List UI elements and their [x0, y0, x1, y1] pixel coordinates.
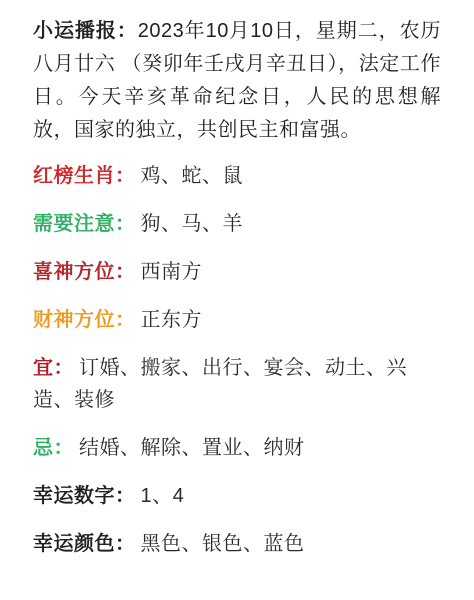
row-lucky-colors: 幸运颜色：黑色、银色、蓝色: [33, 528, 441, 560]
row-wealth-god-direction: 财神方位：正东方: [33, 304, 441, 336]
row-caution-zodiac: 需要注意：狗、马、羊: [33, 208, 441, 240]
row-label: 幸运数字：: [33, 485, 136, 507]
row-label: 喜神方位：: [33, 261, 136, 283]
row-lucky-zodiac: 红榜生肖：鸡、蛇、鼠: [33, 160, 441, 192]
row-value: 鸡、蛇、鼠: [141, 165, 244, 187]
broadcast-label: 小运播报：: [33, 20, 138, 42]
row-value: 订婚、搬家、出行、宴会、动土、兴造、装修: [33, 357, 407, 411]
row-value: 狗、马、羊: [141, 213, 244, 235]
row-value: 黑色、银色、蓝色: [141, 533, 305, 555]
row-label: 需要注意：: [33, 213, 136, 235]
row-avoid-activities: 忌：结婚、解除、置业、纳财: [33, 432, 441, 464]
row-suitable-activities: 宜：订婚、搬家、出行、宴会、动土、兴造、装修: [33, 352, 441, 416]
row-value: 西南方: [141, 261, 203, 283]
fortune-card: 小运播报：2023年10月10日，星期二，农历八月廿六 （癸卯年壬戌月辛丑日），…: [0, 0, 474, 600]
row-label: 幸运颜色：: [33, 533, 136, 555]
row-label: 忌：: [33, 437, 74, 459]
row-label: 财神方位：: [33, 309, 136, 331]
row-label: 红榜生肖：: [33, 165, 136, 187]
daily-broadcast-paragraph: 小运播报：2023年10月10日，星期二，农历八月廿六 （癸卯年壬戌月辛丑日），…: [33, 15, 441, 147]
row-joy-god-direction: 喜神方位：西南方: [33, 256, 441, 288]
row-label: 宜：: [33, 357, 74, 379]
row-value: 结婚、解除、置业、纳财: [79, 437, 305, 459]
row-lucky-numbers: 幸运数字：1、4: [33, 480, 441, 512]
row-value: 正东方: [141, 309, 203, 331]
row-value: 1、4: [141, 485, 185, 507]
